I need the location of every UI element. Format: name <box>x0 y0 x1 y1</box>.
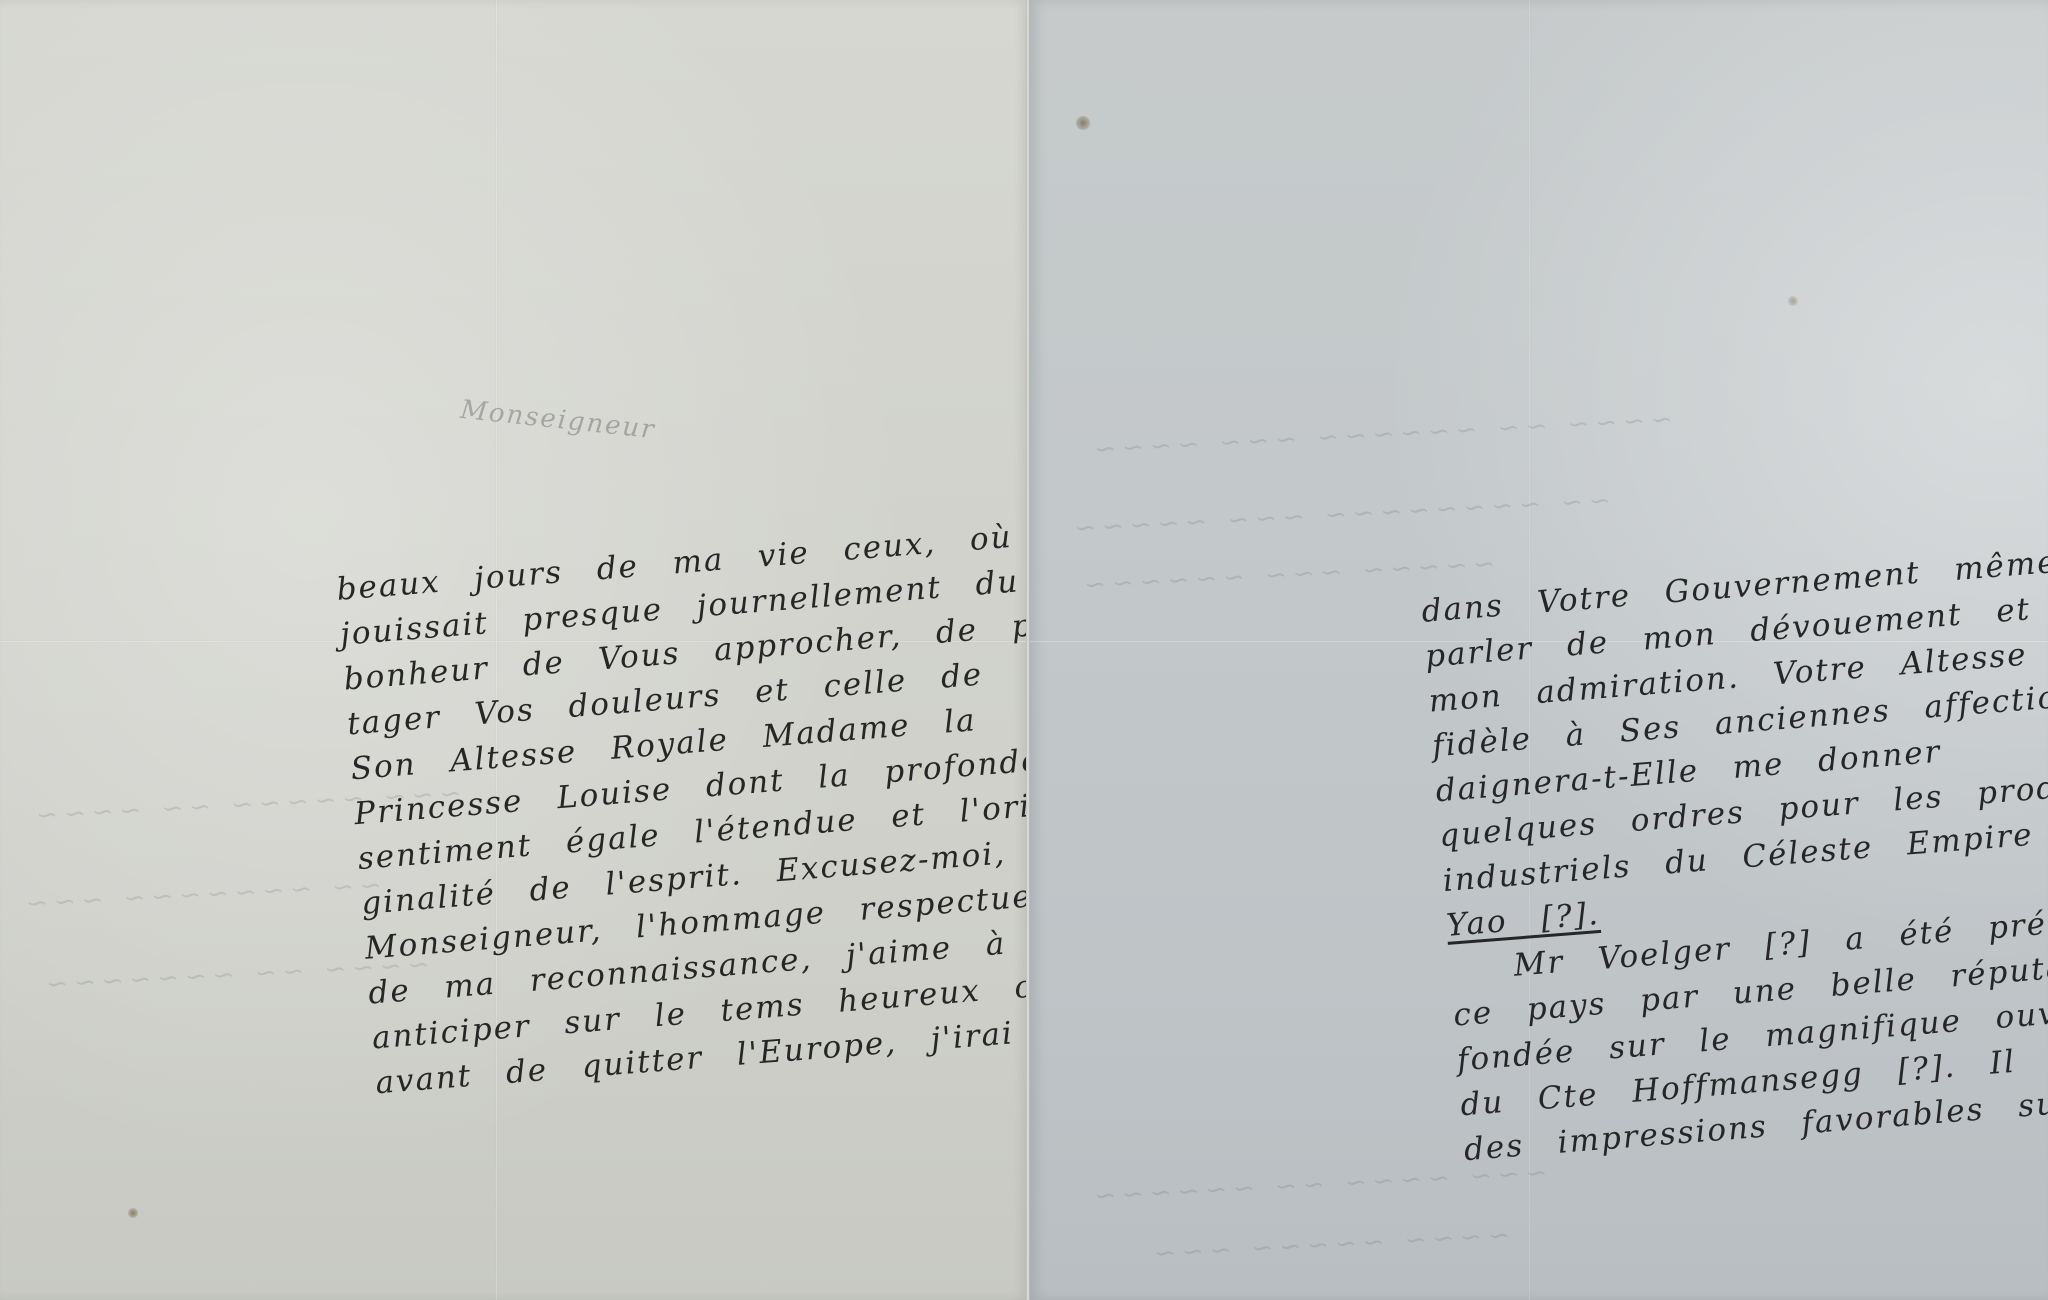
paper-spot <box>1076 116 1090 130</box>
letter-spread: ~~~ ~~~~~ ~~ ~~~~ ~~ ~~~~~~~ ~~~ ~~~~ ~~… <box>0 0 2048 1300</box>
right-page-handwriting: dans Votre Gouvernement même Vous parler… <box>1420 543 2048 1173</box>
bleed-through-text: ~~ ~~~~~~~ ~~~ <box>19 871 382 920</box>
faint-salutation: Monseigneur <box>459 395 657 445</box>
left-page: ~~~ ~~~~~ ~~ ~~~~ ~~ ~~~~~~~ ~~~ ~~~~ ~~… <box>0 0 1028 1300</box>
right-page: ~~~~ ~~ ~~~~~~ ~~~ ~~~~ ~~ ~~~~~~~~ ~~~ … <box>1028 0 2048 1300</box>
bleed-through-text: ~~~~ ~~~~~ ~~~ <box>1147 1221 1510 1270</box>
paper-spot <box>128 1208 138 1218</box>
paper-spot <box>1788 296 1798 306</box>
bleed-through-text: ~~~~ ~~ ~~~~~~ ~~~ ~~~~ <box>1088 405 1674 466</box>
center-fold <box>1026 0 1030 1300</box>
left-page-handwriting: beaux jours de ma vie ceux, où je jouiss… <box>335 515 1028 1107</box>
